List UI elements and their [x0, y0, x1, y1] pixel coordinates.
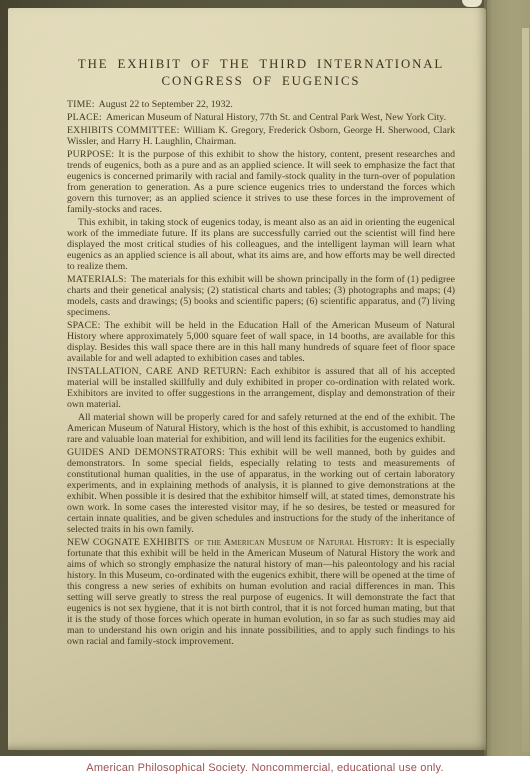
paragraph-taking-stock-text: This exhibit, in taking stock of eugenic…	[67, 217, 455, 272]
section-place: PLACE:American Museum of Natural History…	[67, 112, 455, 123]
page-title: THE EXHIBIT OF THE THIRD INTERNATIONAL C…	[67, 56, 455, 90]
section-purpose-label: PURPOSE:	[67, 149, 114, 160]
corner-notch	[462, 0, 482, 7]
credit-line: American Philosophical Society. Noncomme…	[86, 762, 443, 774]
section-materials-label: MATERIALS:	[67, 274, 127, 285]
section-guides: GUIDES AND DEMONSTRATORS:This exhibit wi…	[67, 447, 455, 535]
section-purpose-text: It is the purpose of this exhibit to sho…	[67, 149, 455, 215]
section-materials: MATERIALS:The materials for this exhibit…	[67, 274, 455, 318]
section-space: SPACE:The exhibit will be held in the Ed…	[67, 320, 455, 364]
paragraph-material-care-text: All material shown will be properly care…	[67, 412, 455, 445]
title-line-2: CONGRESS OF EUGENICS	[67, 73, 455, 90]
section-time-text: August 22 to September 22, 1932.	[99, 99, 233, 110]
folded-page-backing	[484, 0, 530, 756]
section-time: TIME:August 22 to September 22, 1932.	[67, 99, 455, 110]
section-installation-label: INSTALLATION, CARE AND RETURN:	[67, 366, 247, 377]
section-exhibits-committee: EXHIBITS COMMITTEE:William K. Gregory, F…	[67, 125, 455, 147]
credit-bar: American Philosophical Society. Noncomme…	[0, 756, 530, 780]
section-space-label: SPACE:	[67, 320, 101, 331]
flyer-content: THE EXHIBIT OF THE THIRD INTERNATIONAL C…	[8, 8, 486, 647]
section-time-label: TIME:	[67, 99, 95, 110]
section-guides-label: GUIDES AND DEMONSTRATORS:	[67, 447, 225, 458]
page-edge-strip	[522, 28, 529, 752]
section-new-cognate-label-smallcaps: of the American Museum of Natural Histor…	[194, 537, 393, 548]
document-scan: THE EXHIBIT OF THE THIRD INTERNATIONAL C…	[0, 0, 530, 756]
section-new-cognate-label: NEW COGNATE EXHIBITS	[67, 537, 189, 548]
section-guides-text: This exhibit will be well manned, both b…	[67, 447, 455, 535]
section-place-text: American Museum of Natural History, 77th…	[106, 112, 446, 123]
section-installation: INSTALLATION, CARE AND RETURN:Each exhib…	[67, 366, 455, 410]
section-place-label: PLACE:	[67, 112, 102, 123]
section-purpose: PURPOSE:It is the purpose of this exhibi…	[67, 149, 455, 215]
paragraph-material-care: All material shown will be properly care…	[67, 412, 455, 445]
section-new-cognate-text: It is especially fortunate that this exh…	[67, 537, 455, 647]
section-exhibits-committee-label: EXHIBITS COMMITTEE:	[67, 125, 180, 136]
section-space-text: The exhibit will be held in the Educatio…	[67, 320, 455, 364]
title-line-1: THE EXHIBIT OF THE THIRD INTERNATIONAL	[67, 56, 455, 73]
flyer-page: THE EXHIBIT OF THE THIRD INTERNATIONAL C…	[8, 8, 486, 750]
paragraph-taking-stock: This exhibit, in taking stock of eugenic…	[67, 217, 455, 272]
section-new-cognate: NEW COGNATE EXHIBITSof the American Muse…	[67, 537, 455, 647]
